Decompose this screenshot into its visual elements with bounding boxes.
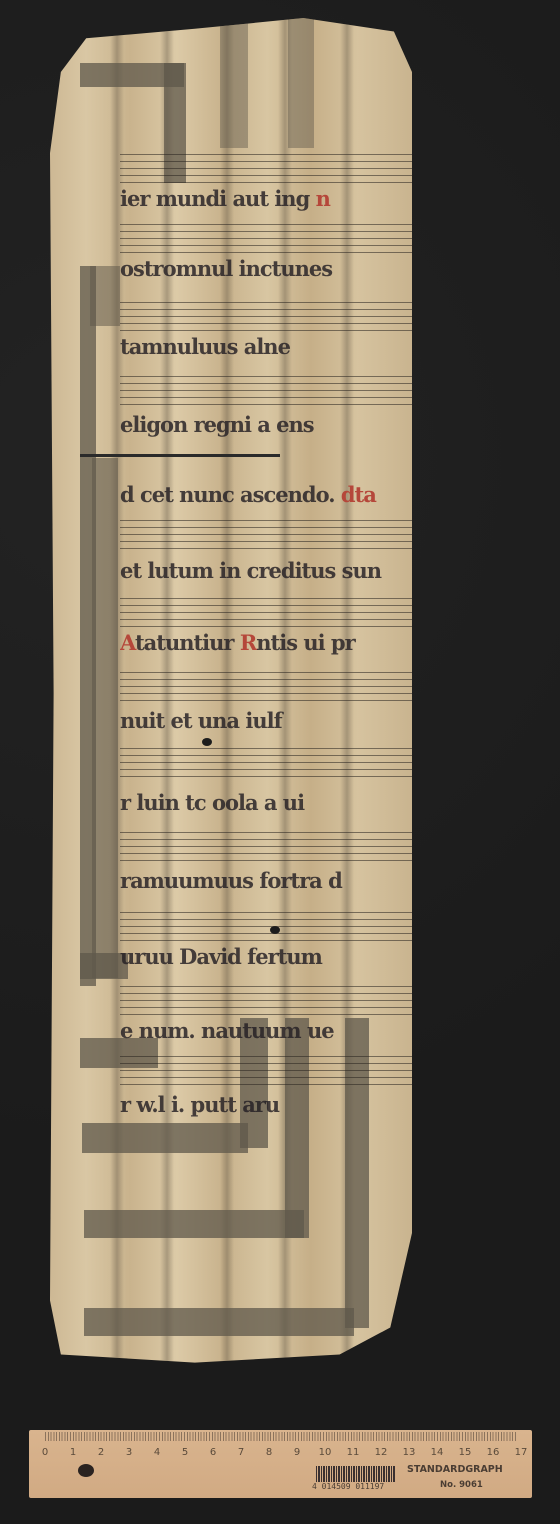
ruler-model: No. 9061 [440,1480,483,1490]
binding-stain [288,18,314,148]
music-staff [120,1050,412,1086]
music-staff [120,218,412,254]
ruler-number: 0 [42,1447,48,1458]
music-staff [120,592,412,628]
music-staff [120,666,412,702]
ruler-number: 8 [266,1447,272,1458]
barcode-number: 4 014509 011197 [312,1482,384,1491]
ruler-number: 14 [431,1447,444,1458]
measuring-ruler: 0 1 2 3 4 5 6 7 8 9 10 11 12 13 14 15 16… [29,1430,532,1498]
text-line: uruu David fertum [120,944,412,969]
tear [80,454,280,457]
ruler-number: 10 [319,1447,332,1458]
ruler-number: 1 [70,1447,76,1458]
text-line: eligon regni a ens [120,412,412,437]
text-line: d cet nunc ascendo. dta [120,482,412,507]
text-line: ostromnul inctunes [120,256,412,281]
manuscript-fragment: ier mundi aut ing n ostromnul inctunes t… [50,18,412,1368]
ruler-number: 17 [515,1447,528,1458]
text-line: ier mundi aut ing n [120,186,412,211]
ruler-number: 7 [238,1447,244,1458]
ruler-number: 11 [347,1447,360,1458]
binding-stain [82,1123,248,1153]
ruler-ticks [45,1432,517,1452]
music-staff [120,980,412,1016]
text-line: ramuumuus fortra d [120,868,412,893]
ruler-number: 12 [375,1447,388,1458]
ruler-number: 6 [210,1447,216,1458]
text-line: nuit et una iulf [120,708,412,733]
music-staff [120,826,412,862]
music-staff [120,742,412,778]
ruler-number: 16 [487,1447,500,1458]
music-staff [120,514,412,550]
ruler-number: 13 [403,1447,416,1458]
text-line: e num. nautuum ue [120,1018,412,1043]
music-staff [120,296,412,332]
text-line: tamnuluus alne [120,334,412,359]
music-staff [120,148,412,184]
music-staff [120,906,412,942]
binding-stain [84,1210,304,1238]
ruler-number: 4 [154,1447,160,1458]
text-line: Atatuntiur Rntis ui pr [120,630,412,655]
text-line: r luin tc oola a ui [120,790,412,815]
ruler-number: 9 [294,1447,300,1458]
text-line: et lutum in creditus sun [120,558,412,583]
music-staff [120,370,412,406]
ruler-number: 5 [182,1447,188,1458]
ruler-brand: STANDARDGRAPH [407,1464,503,1475]
barcode [316,1466,396,1482]
binding-stain [90,266,120,326]
binding-stain [220,18,248,148]
binding-stain [92,458,118,978]
ruler-hanging-hole [78,1464,94,1477]
ruler-number: 2 [98,1447,104,1458]
ruler-number: 3 [126,1447,132,1458]
ruler-number: 15 [459,1447,472,1458]
text-line: r w.l i. putt aru [120,1092,412,1117]
binding-stain [84,1308,354,1336]
